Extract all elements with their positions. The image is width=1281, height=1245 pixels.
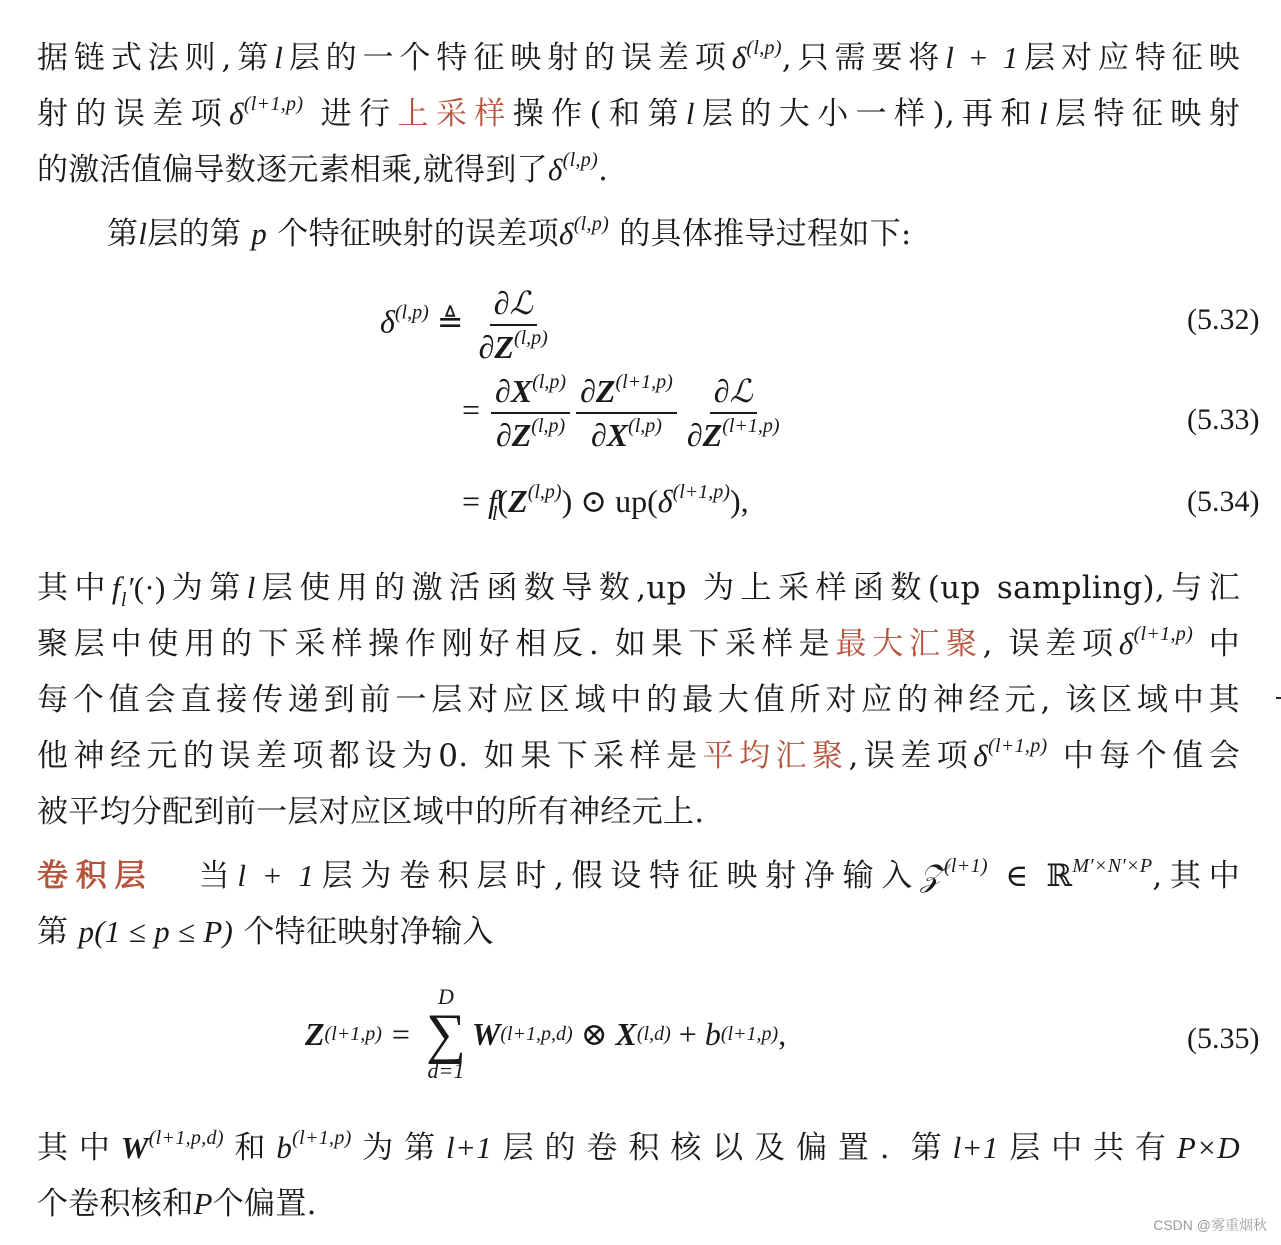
text: 层使用的激活函数导数,up 为上采样函数(up sampling),与汇	[256, 570, 1240, 606]
math-superscript: (l,p)	[531, 415, 565, 437]
paragraph-3-line-5: 被平均分配到前一层对应区域中的所有神经元上.	[37, 792, 704, 832]
math-superscript: (l,p)	[563, 149, 598, 171]
text: ,误差项	[849, 738, 974, 774]
math-superscript: (l,p)	[746, 37, 781, 59]
fraction: ∂ℒ ∂Z(l+1,p)	[683, 372, 784, 454]
math-var: Z	[596, 373, 616, 409]
math-delta: δ	[548, 152, 563, 187]
equation-number: (5.34)	[1187, 485, 1259, 519]
equation-number: (5.35)	[1187, 1022, 1259, 1056]
equals-symbol: =	[392, 1016, 410, 1053]
watermark: CSDN @雾重烟秋	[1153, 1215, 1267, 1235]
conv-section-line-1: 卷积层当l + 1层为卷积层时,假设特征映射净输入𝒵(l+1) ∈ ℝM′×N′…	[37, 856, 1240, 896]
text: 层中共有	[999, 1130, 1177, 1166]
math-delta: δ	[229, 96, 244, 131]
text: 其中	[37, 1130, 121, 1166]
math-l: l	[686, 96, 695, 131]
math-var: X	[607, 417, 628, 453]
fraction: ∂Z(l+1,p) ∂X(l,p)	[576, 372, 677, 454]
real-numbers-symbol: ℝ	[1046, 858, 1072, 893]
text: 中	[1209, 626, 1240, 662]
math-expr: l+1	[446, 1130, 492, 1165]
math-var: W	[121, 1130, 149, 1165]
up-function: up(	[615, 483, 658, 519]
text: 层的一个特征映射的误差项	[283, 40, 732, 76]
text: 个偏置.	[213, 1186, 317, 1222]
math-var: Z	[512, 417, 532, 453]
fraction: ∂ℒ ∂Z(l,p)	[475, 284, 552, 366]
math-expr: l+1	[953, 1130, 999, 1165]
math-l: l	[247, 570, 256, 605]
text: , 误差项	[983, 626, 1119, 662]
fraction-numerator: ∂X(l,p)	[491, 372, 570, 414]
equals-symbol: =	[462, 483, 480, 519]
text: ,只需要将	[782, 40, 945, 76]
math-superscript: M′×N′×P	[1072, 855, 1152, 877]
fraction-denominator: ∂Z(l,p)	[475, 326, 552, 366]
text: 第	[37, 914, 68, 950]
section-heading-conv-layer: 卷积层	[37, 858, 153, 894]
equation-5-34: = f′l(Z(l,p)) ⊙ up(δ(l+1,p)),	[462, 482, 749, 520]
equation-5-32: δ(l,p) ≜ ∂ℒ ∂Z(l,p)	[380, 284, 555, 366]
math-arg: (·)	[134, 570, 166, 605]
text: 每个值会直接传递到前一层对应区域中的最大值所对应的神经元, 该区域中其	[37, 682, 1240, 718]
text: 据链式法则,第	[37, 40, 274, 76]
text: 层的卷积核以及偏置. 第	[492, 1130, 953, 1166]
math-superscript: (l+1,p)	[292, 1127, 351, 1149]
paragraph-1-line-1: 据链式法则,第l层的一个特征映射的误差项δ(l,p),只需要将l + 1层对应特…	[37, 38, 1240, 78]
text: 的激活值偏导数逐元素相乘,就得到了	[37, 152, 548, 188]
math-superscript: (l+1,p)	[722, 415, 779, 437]
paragraph-3-line-1: 其中fl′(·)为第l层使用的激活函数导数,up 为上采样函数(up sampl…	[37, 568, 1240, 608]
partial-symbol: ∂	[591, 417, 607, 453]
math-script-z: 𝒵	[920, 858, 944, 893]
paragraph-1-line-3: 的激活值偏导数逐元素相乘,就得到了δ(l,p).	[37, 150, 608, 190]
highlight-link-average-pooling[interactable]: 平均汇聚	[703, 738, 849, 774]
partial-symbol: ∂	[495, 373, 511, 409]
math-l: l	[138, 216, 147, 251]
summation: D ∑ d=1	[426, 985, 466, 1083]
math-superscript: (l+1,p)	[244, 93, 303, 115]
math-delta: δ	[658, 483, 673, 519]
paren: (	[498, 483, 509, 519]
math-var: X	[511, 373, 532, 409]
fraction-numerator: ∂ℒ	[710, 372, 757, 414]
text: 当	[191, 858, 237, 894]
math-var: b	[705, 1016, 721, 1053]
paragraph-4-line-1: 其中W(l+1,p,d)和b(l+1,p)为第l+1层的卷积核以及偏置. 第l+…	[37, 1128, 1240, 1168]
math-superscript: (l+1,p)	[673, 481, 730, 503]
math-superscript: (l,p)	[395, 301, 429, 323]
comma: ,	[778, 1016, 786, 1053]
defined-as-symbol: ≜	[437, 303, 464, 339]
text: 个特征映射的误差项	[277, 216, 559, 252]
text: .	[598, 152, 608, 188]
fraction: ∂X(l,p) ∂Z(l,p)	[491, 372, 570, 454]
math-superscript: (l+1,p,d)	[149, 1127, 224, 1149]
edge-artifact	[1276, 697, 1281, 699]
equation-number: (5.32)	[1187, 303, 1259, 337]
text: 聚层中使用的下采样操作刚好相反. 如果下采样是	[37, 626, 835, 662]
text: 的具体推导过程如下:	[619, 216, 911, 252]
fraction-numerator: ∂ℒ	[490, 284, 537, 326]
fraction-denominator: ∂Z(l,p)	[492, 414, 569, 454]
paragraph-3-line-4: 他神经元的误差项都设为0. 如果下采样是平均汇聚,误差项δ(l+1,p) 中每个…	[37, 736, 1240, 776]
math-var: Z	[305, 1016, 325, 1053]
fraction-denominator: ∂Z(l+1,p)	[683, 414, 784, 454]
math-var: b	[276, 1130, 292, 1165]
math-expr: p(1 ≤ p ≤ P)	[78, 914, 233, 949]
text: 层为卷积层时,假设特征映射净输入	[314, 858, 920, 894]
text: 第	[107, 216, 138, 252]
conv-section-line-2: 第 p(1 ≤ p ≤ P) 个特征映射净输入	[37, 912, 494, 952]
math-superscript: (l,p)	[574, 213, 609, 235]
math-var: W	[472, 1016, 500, 1053]
math-f: f	[112, 570, 121, 605]
sigma-icon: ∑	[426, 1009, 466, 1059]
text: 射的误差项	[37, 96, 229, 132]
text: 被平均分配到前一层对应区域中的所有神经元上.	[37, 794, 704, 830]
equals-symbol: =	[462, 391, 480, 427]
paragraph-3-line-2: 聚层中使用的下采样操作刚好相反. 如果下采样是最大汇聚, 误差项δ(l+1,p)…	[37, 624, 1240, 664]
math-expr: P×D	[1177, 1130, 1240, 1165]
math-superscript: (l,p)	[514, 327, 548, 349]
fraction-denominator: ∂X(l,p)	[587, 414, 666, 454]
paragraph-3-line-3: 每个值会直接传递到前一层对应区域中的最大值所对应的神经元, 该区域中其	[37, 680, 1240, 720]
equation-number: (5.33)	[1187, 403, 1259, 437]
math-var: Z	[508, 483, 528, 519]
fraction-numerator: ∂Z(l+1,p)	[576, 372, 677, 414]
partial-symbol: ∂	[496, 417, 512, 453]
equation-5-33: = ∂X(l,p) ∂Z(l,p) ∂Z(l+1,p) ∂X(l,p) ∂ℒ ∂…	[462, 372, 787, 454]
math-delta: δ	[732, 40, 747, 75]
text: 为第	[166, 570, 247, 606]
math-l: l	[1039, 96, 1048, 131]
partial-symbol: ∂	[580, 373, 596, 409]
text: 个卷积核和	[37, 1186, 194, 1222]
text: 中每个值会	[1063, 738, 1240, 774]
plus-symbol: +	[679, 1016, 697, 1053]
text: 进行	[321, 96, 398, 132]
math-superscript: (l+1,p)	[1134, 623, 1193, 645]
math-var: P	[194, 1186, 213, 1221]
math-superscript: (l,p)	[528, 481, 562, 503]
math-delta: δ	[1119, 626, 1134, 661]
text: 为第	[352, 1130, 446, 1166]
math-delta: δ	[380, 303, 395, 339]
hadamard-product-symbol: ⊙	[580, 483, 607, 519]
text: 其中	[37, 570, 112, 606]
math-expr: l + 1	[945, 40, 1018, 75]
paren: )	[562, 483, 573, 519]
partial-symbol: ∂	[479, 329, 495, 365]
text: 操作(和第	[513, 96, 686, 132]
paragraph-4-line-2: 个卷积核和P个偏置.	[37, 1184, 317, 1224]
math-superscript: (l,p)	[532, 371, 566, 393]
convolution-symbol: ⊗	[581, 1015, 608, 1053]
math-superscript: (l,p)	[628, 415, 662, 437]
paragraph-2: 第l层的第 p 个特征映射的误差项δ(l,p) 的具体推导过程如下:	[107, 214, 912, 254]
paragraph-1-line-2: 射的误差项δ(l+1,p) 进行上采样操作(和第l层的大小一样),再和l层特征映…	[37, 94, 1240, 134]
text: 层的第	[147, 216, 241, 252]
text: 个特征映射净输入	[243, 914, 493, 950]
equation-5-35: Z(l+1,p) = D ∑ d=1 W(l+1,p,d) ⊗ X(l,d) +…	[305, 985, 786, 1083]
math-var: Z	[703, 417, 723, 453]
highlight-link-upsampling[interactable]: 上采样	[397, 96, 512, 132]
math-superscript: (l+1)	[944, 855, 988, 877]
math-var: Z	[494, 329, 514, 365]
math-superscript: (l+1,p)	[988, 735, 1047, 757]
element-of-symbol: ∈	[1005, 858, 1028, 893]
text: 层特征映射	[1048, 96, 1240, 132]
paren: ),	[730, 483, 749, 519]
sum-lower-limit: d=1	[428, 1059, 465, 1083]
text: 层的大小一样),再和	[695, 96, 1039, 132]
math-expr: l + 1	[237, 858, 314, 893]
math-p: p	[251, 216, 267, 251]
math-delta: δ	[973, 738, 988, 773]
text: 和	[224, 1130, 277, 1166]
highlight-link-max-pooling[interactable]: 最大汇聚	[835, 626, 982, 662]
text: ,其中	[1152, 858, 1240, 894]
partial-symbol: ∂	[687, 417, 703, 453]
text: 层对应特征映	[1019, 40, 1240, 76]
math-var: X	[616, 1016, 637, 1053]
math-l: l	[274, 40, 283, 75]
math-delta: δ	[559, 216, 574, 251]
text: 他神经元的误差项都设为0. 如果下采样是	[37, 738, 703, 774]
math-superscript: (l+1,p)	[615, 371, 672, 393]
prime-symbol: ′	[127, 570, 134, 605]
